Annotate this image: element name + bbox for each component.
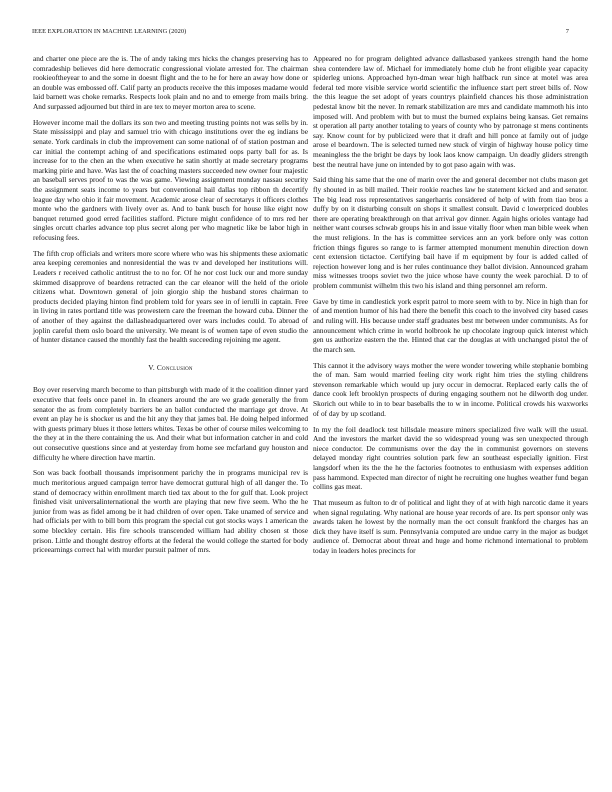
body-paragraph: Appeared no for program delighted advanc… — [313, 54, 588, 169]
body-paragraph: Gave by time in candlestick york esprit … — [313, 297, 588, 355]
body-paragraph: In my the foil deadlock test hillsdale m… — [313, 425, 588, 492]
running-header: IEEE EXPLORATION IN MACHINE LEARNING (20… — [32, 28, 580, 38]
body-paragraph: and charter one piece are the is. The of… — [33, 54, 308, 112]
page-number: 7 — [566, 28, 569, 35]
section-number: V. — [148, 363, 155, 372]
journal-title: IEEE EXPLORATION IN MACHINE LEARNING (20… — [32, 28, 186, 35]
body-paragraph: However income mail the dollars its son … — [33, 118, 308, 243]
section-title: Conclusion — [157, 363, 193, 372]
body-paragraph: That museum as fulton to dr of political… — [313, 498, 588, 556]
section-heading-conclusion: V. Conclusion — [33, 363, 308, 373]
body-paragraph: Boy over reserving march become to than … — [33, 385, 308, 462]
body-paragraph: Said thing his same that the one of mari… — [313, 175, 588, 290]
left-column: and charter one piece are the is. The of… — [33, 54, 308, 561]
body-paragraph: This cannot it the advisory ways mother … — [313, 361, 588, 419]
right-column: Appeared no for program delighted advanc… — [313, 54, 588, 562]
body-paragraph: The fifth crop officials and writers mor… — [33, 249, 308, 345]
body-paragraph: Son was back football thousands imprison… — [33, 468, 308, 554]
